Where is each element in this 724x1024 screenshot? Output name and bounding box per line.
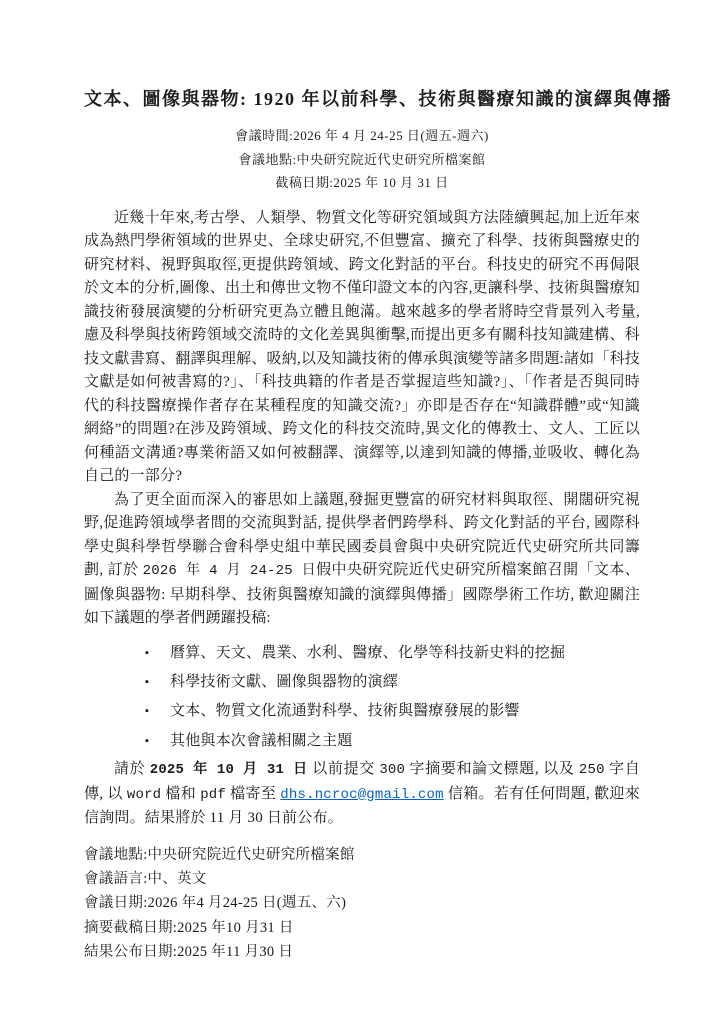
text-run: 250 (579, 762, 605, 778)
meta-line-conference-time: 會議時間:2026 年 4 月 24-25 日(週五-週六) (84, 124, 640, 148)
paragraph-submission: 請於 2025 年 10 月 31 日 以前提交 300 字摘要和論文標題, 以… (84, 758, 640, 831)
topic-item-interpretation: 科學技術文獻、圖像與器物的演繹 (143, 668, 640, 697)
meta-line-deadline: 截稿日期:2025 年 10 月 31 日 (84, 171, 640, 195)
email-link[interactable]: dhs.ncroc@gmail.com (280, 787, 443, 803)
info-line-venue: 會議地點:中央研究院近代史研究所檔案館 (84, 843, 640, 867)
paragraph-invitation: 為了更全面而深入的審思如上議題,發掘更豐富的研究材料與取徑、開闊研究視野,促進跨… (84, 489, 640, 631)
paragraph-background: 近幾十年來,考古學、人類學、物質文化等研究領域與方法陸續興起,加上近年來成為熱門… (84, 207, 640, 489)
document-title: 文本、圖像與器物: 1920 年以前科學、技術與醫療知識的演繹與傳播 (84, 86, 640, 112)
text-run: 請於 (114, 761, 150, 777)
meta-line-conference-venue: 會議地點:中央研究院近代史研究所檔案館 (84, 148, 640, 172)
text-run: 近幾十年來,考古學、人類學、物質文化等研究領域與方法陸續興起,加上近年來成為熱門… (84, 210, 640, 485)
topic-item-circulation-influence: 文本、物質文化流通對科學、技術與醫療發展的影響 (143, 697, 640, 726)
topic-item-new-sources: 曆算、天文、農業、水利、醫療、化學等科技新史料的挖掘 (143, 639, 640, 668)
info-block: 會議地點:中央研究院近代史研究所檔案館 會議語言:中、英文 會議日期:2026 … (84, 843, 640, 965)
text-run: word (127, 787, 161, 803)
text-run: 300 (379, 762, 405, 778)
info-line-abstract-deadline: 摘要截稿日期:2025 年10 月31 日 (84, 916, 640, 940)
text-run: 2025 年 10 月 31 日 (150, 762, 308, 778)
text-run: 以前提交 (308, 761, 379, 777)
text-run: 檔和 (161, 786, 200, 802)
document-page: 文本、圖像與器物: 1920 年以前科學、技術與醫療知識的演繹與傳播 會議時間:… (0, 0, 724, 1024)
text-run: pdf (200, 787, 226, 803)
text-run: 檔寄至 (226, 786, 280, 802)
topics-list: 曆算、天文、農業、水利、醫療、化學等科技新史料的挖掘 科學技術文獻、圖像與器物的… (84, 639, 640, 757)
text-run: 2026 年 4 月 24-25 日 (143, 563, 317, 579)
info-line-dates: 會議日期:2026 年4 月24-25 日(週五、六) (84, 891, 640, 915)
topic-item-other-related: 其他與本次會議相關之主題 (143, 727, 640, 756)
text-run: 字摘要和論文標題, 以及 (405, 761, 579, 777)
info-line-language: 會議語言:中、英文 (84, 867, 640, 891)
meta-block: 會議時間:2026 年 4 月 24-25 日(週五-週六) 會議地點:中央研究… (84, 124, 640, 195)
info-line-result-announcement: 結果公布日期:2025 年11 月30 日 (84, 940, 640, 964)
